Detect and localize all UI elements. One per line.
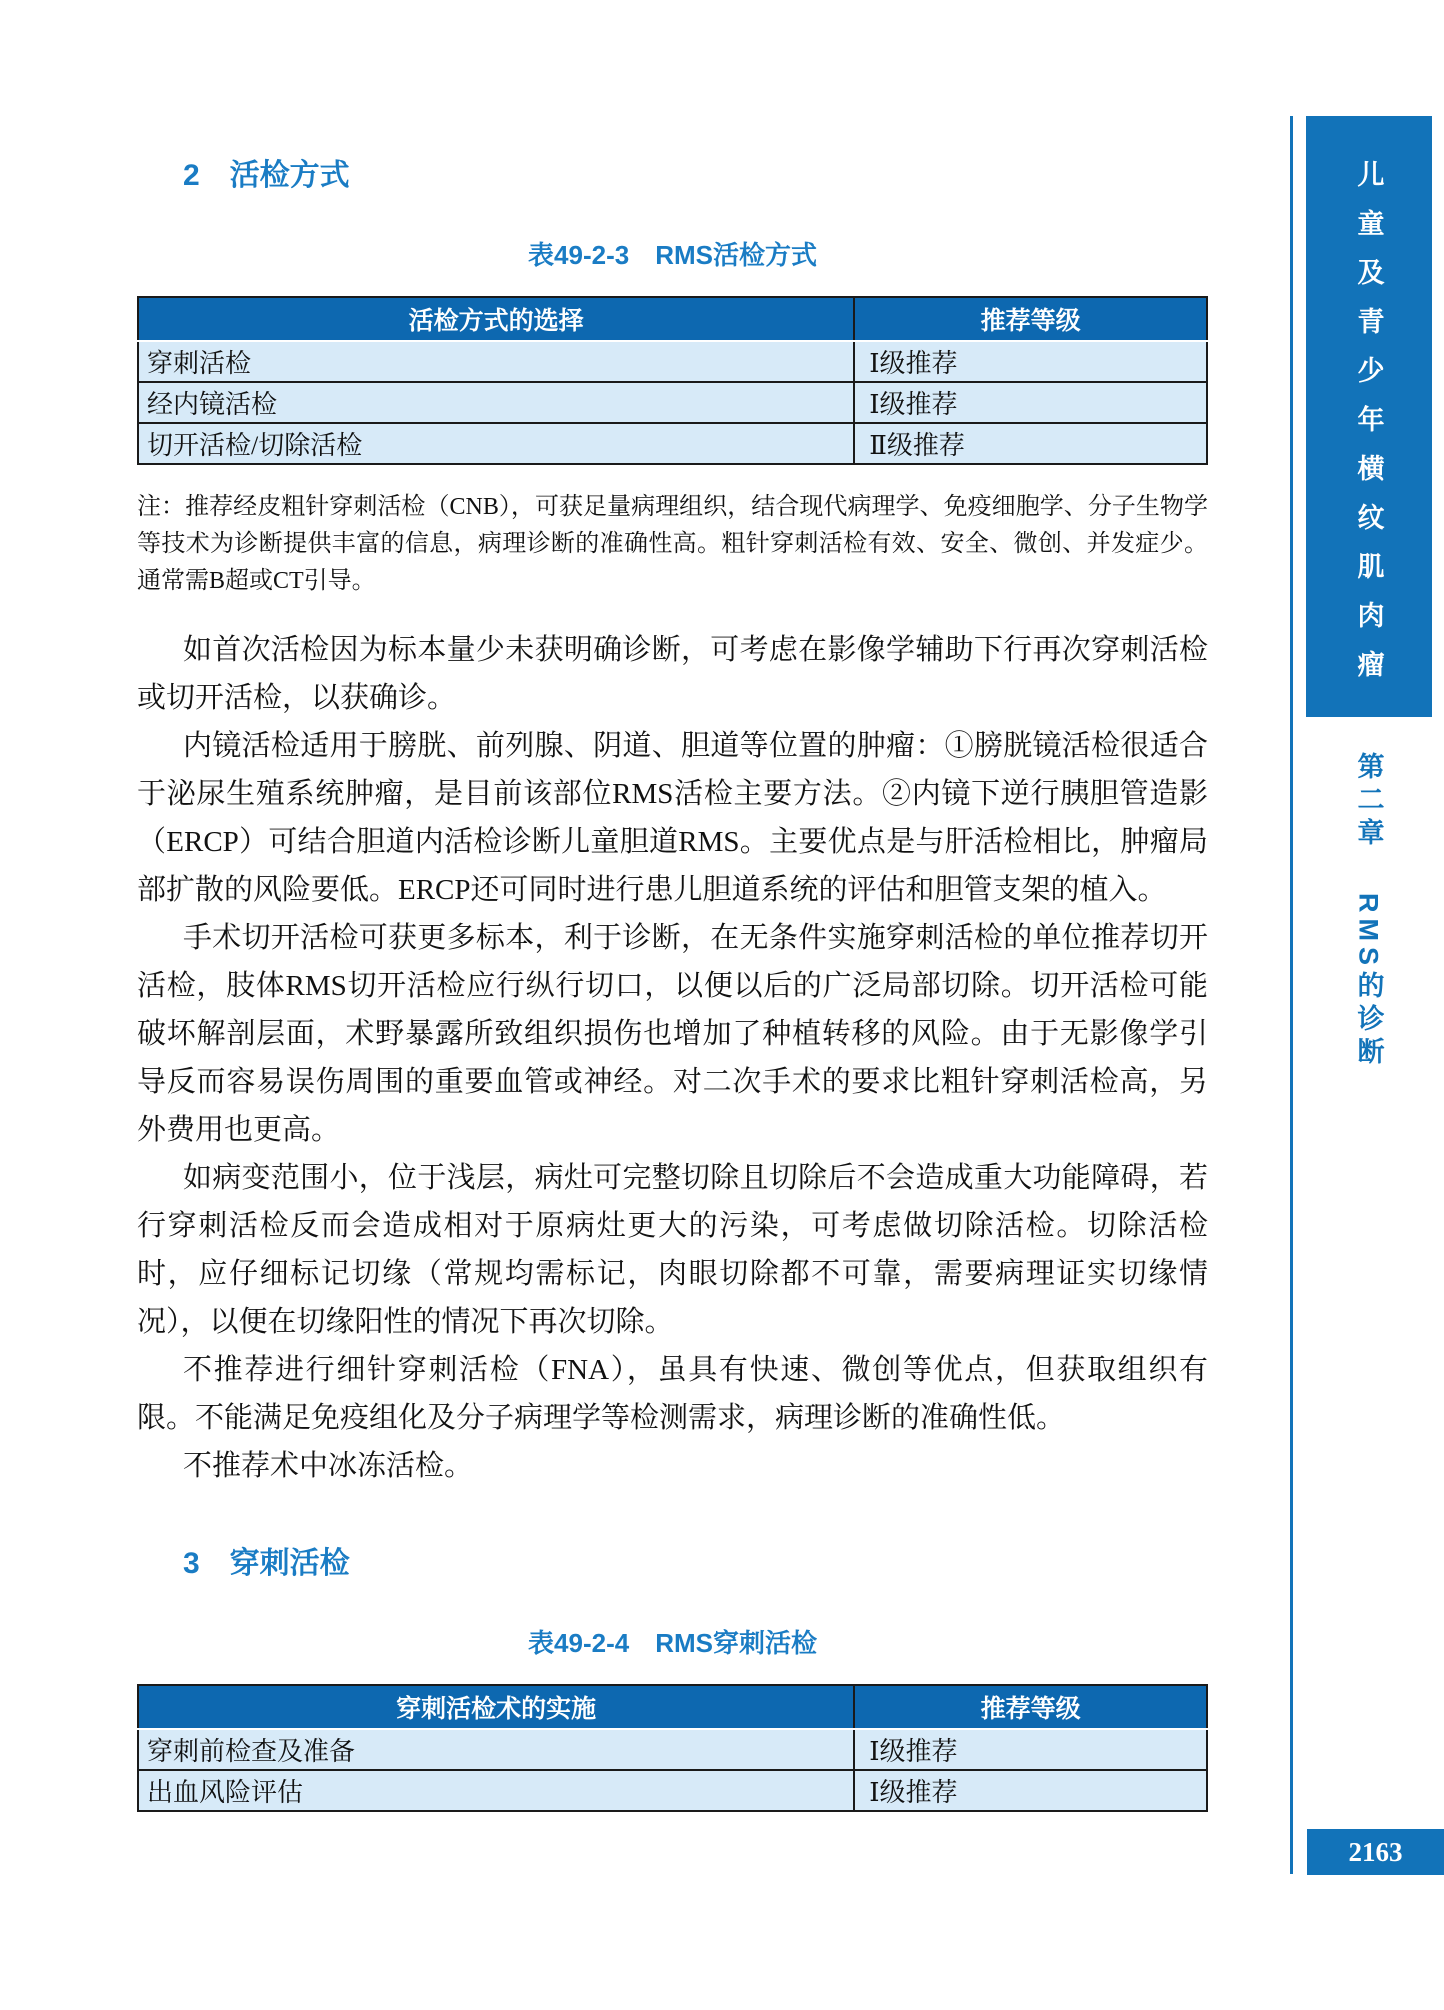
table-row: 穿刺前检查及准备 Ⅰ级推荐 bbox=[138, 1729, 1207, 1770]
sidebar-book-title-tab: 儿童及青少年横纹肌肉瘤 bbox=[1306, 116, 1432, 717]
table-header-row: 活检方式的选择 推荐等级 bbox=[138, 297, 1207, 341]
cell-grade: Ⅱ级推荐 bbox=[854, 423, 1207, 464]
paragraph: 如首次活检因为标本量少未获明确诊断，可考虑在影像学辅助下行再次穿刺活检或切开活检… bbox=[137, 626, 1208, 722]
cell-method: 切开活检/切除活检 bbox=[138, 423, 854, 464]
cell-grade: Ⅰ级推荐 bbox=[854, 341, 1207, 382]
table-row: 出血风险评估 Ⅰ级推荐 bbox=[138, 1770, 1207, 1811]
cell-grade: Ⅰ级推荐 bbox=[854, 1729, 1207, 1770]
cell-procedure: 穿刺前检查及准备 bbox=[138, 1729, 854, 1770]
paragraph: 如病变范围小，位于浅层，病灶可完整切除且切除后不会造成重大功能障碍，若行穿刺活检… bbox=[137, 1154, 1208, 1346]
table-footnote: 注：推荐经皮粗针穿刺活检（CNB），可获足量病理组织，结合现代病理学、免疫细胞学… bbox=[137, 489, 1208, 600]
paragraph: 内镜活检适用于膀胱、前列腺、阴道、胆道等位置的肿瘤：①膀胱镜活检很适合于泌尿生殖… bbox=[137, 722, 1208, 914]
column-header-method: 活检方式的选择 bbox=[138, 297, 854, 341]
column-header-grade: 推荐等级 bbox=[854, 297, 1207, 341]
table-caption-49-2-3: 表49-2-3 RMS活检方式 bbox=[137, 240, 1208, 270]
sidebar-chapter-label: 第二章 RMS的诊断 bbox=[1306, 752, 1432, 1212]
table-row: 切开活检/切除活检 Ⅱ级推荐 bbox=[138, 423, 1207, 464]
page-number-badge: 2163 bbox=[1307, 1829, 1444, 1875]
table-row: 经内镜活检 Ⅰ级推荐 bbox=[138, 382, 1207, 423]
sidebar-vertical-rule bbox=[1290, 116, 1293, 1874]
cell-grade: Ⅰ级推荐 bbox=[854, 1770, 1207, 1811]
book-title-vertical: 儿童及青少年横纹肌肉瘤 bbox=[1350, 116, 1389, 717]
cell-grade: Ⅰ级推荐 bbox=[854, 382, 1207, 423]
table-rms-biopsy-methods: 活检方式的选择 推荐等级 穿刺活检 Ⅰ级推荐 经内镜活检 Ⅰ级推荐 切开活检/切… bbox=[137, 296, 1208, 465]
cell-method: 穿刺活检 bbox=[138, 341, 854, 382]
table-rms-puncture-biopsy: 穿刺活检术的实施 推荐等级 穿刺前检查及准备 Ⅰ级推荐 出血风险评估 Ⅰ级推荐 bbox=[137, 1684, 1208, 1812]
paragraph: 不推荐进行细针穿刺活检（FNA），虽具有快速、微创等优点，但获取组织有限。不能满… bbox=[137, 1346, 1208, 1442]
table-row: 穿刺活检 Ⅰ级推荐 bbox=[138, 341, 1207, 382]
cell-method: 经内镜活检 bbox=[138, 382, 854, 423]
column-header-procedure: 穿刺活检术的实施 bbox=[138, 1685, 854, 1729]
paragraph: 不推荐术中冰冻活检。 bbox=[137, 1442, 1208, 1490]
chapter-number-vertical: 第二章 bbox=[1350, 752, 1389, 851]
section-heading-puncture-biopsy: 3 穿刺活检 bbox=[137, 1546, 1208, 1582]
chapter-title-vertical: RMS的诊断 bbox=[1350, 893, 1389, 1070]
main-content-column: 2 活检方式 表49-2-3 RMS活检方式 活检方式的选择 推荐等级 穿刺活检… bbox=[137, 0, 1208, 1812]
book-page: 2 活检方式 表49-2-3 RMS活检方式 活检方式的选择 推荐等级 穿刺活检… bbox=[0, 0, 1444, 2010]
table-caption-49-2-4: 表49-2-4 RMS穿刺活检 bbox=[137, 1628, 1208, 1658]
table-header-row: 穿刺活检术的实施 推荐等级 bbox=[138, 1685, 1207, 1729]
column-header-grade: 推荐等级 bbox=[854, 1685, 1207, 1729]
section-heading-biopsy-methods: 2 活检方式 bbox=[137, 158, 1208, 194]
cell-procedure: 出血风险评估 bbox=[138, 1770, 854, 1811]
page-number: 2163 bbox=[1349, 1837, 1403, 1868]
paragraph: 手术切开活检可获更多标本，利于诊断，在无条件实施穿刺活检的单位推荐切开活检，肢体… bbox=[137, 914, 1208, 1154]
body-text: 如首次活检因为标本量少未获明确诊断，可考虑在影像学辅助下行再次穿刺活检或切开活检… bbox=[137, 626, 1208, 1490]
